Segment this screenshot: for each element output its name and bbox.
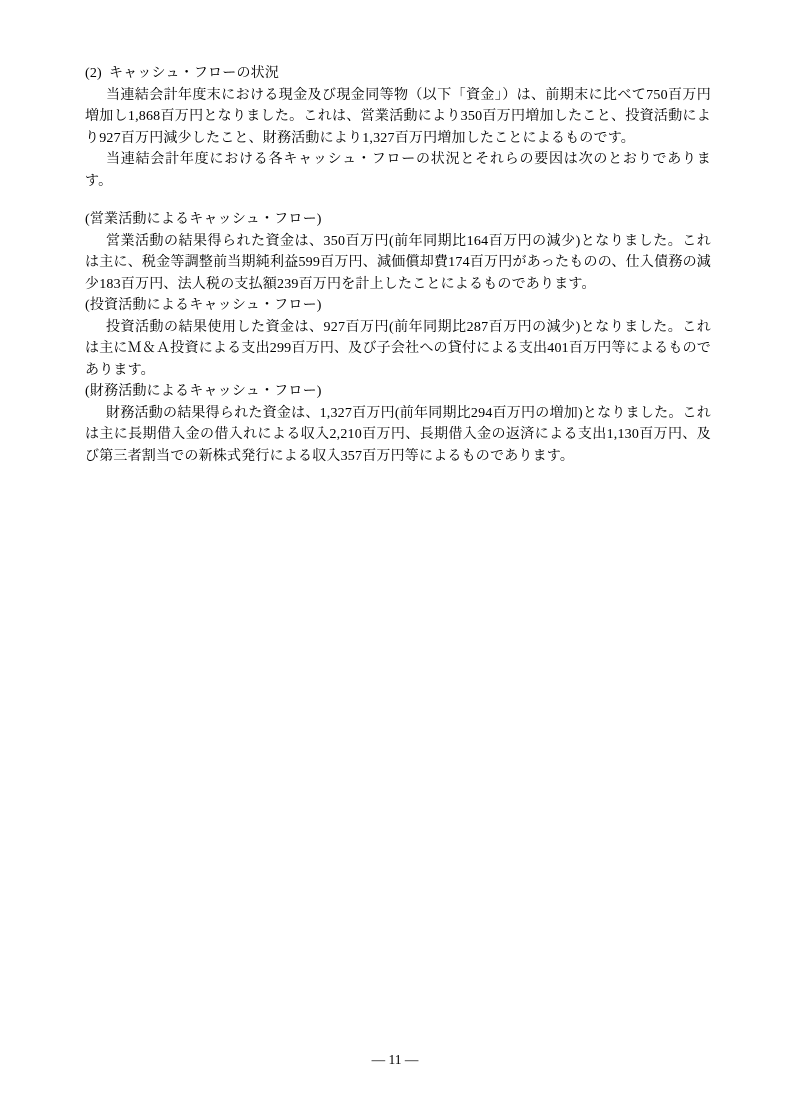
subsection-body-investing: 投資活動の結果使用した資金は、927百万円(前年同期比287百万円の減少)となり… [85,317,711,382]
section-heading: (2)キャッシュ・フローの状況 [85,63,711,85]
subsection-heading-investing: (投資活動によるキャッシュ・フロー) [85,295,711,317]
subsection-financing-cash-flow: (財務活動によるキャッシュ・フロー) 財務活動の結果得られた資金は、1,327百… [85,381,711,467]
cash-flow-subsections: (営業活動によるキャッシュ・フロー) 営業活動の結果得られた資金は、350百万円… [85,209,711,467]
intro-paragraph-summary: 当連結会計年度末における現金及び現金同等物（以下「資金」）は、前期末に比べて75… [85,85,711,150]
cash-flow-section: (2)キャッシュ・フローの状況 当連結会計年度末における現金及び現金同等物（以下… [85,63,711,467]
document-page: (2)キャッシュ・フローの状況 当連結会計年度末における現金及び現金同等物（以下… [0,0,790,1118]
subsection-investing-cash-flow: (投資活動によるキャッシュ・フロー) 投資活動の結果使用した資金は、927百万円… [85,295,711,381]
subsection-body-financing: 財務活動の結果得られた資金は、1,327百万円(前年同期比294百万円の増加)と… [85,403,711,468]
page-footer: ― 11 ― [0,1052,790,1068]
subsection-operating-cash-flow: (営業活動によるキャッシュ・フロー) 営業活動の結果得られた資金は、350百万円… [85,209,711,295]
page-number: ― 11 ― [372,1052,419,1067]
section-number: (2) [85,66,102,81]
subsection-body-operating: 営業活動の結果得られた資金は、350百万円(前年同期比164百万円の減少)となり… [85,231,711,296]
intro-paragraph-lead-in: 当連結会計年度における各キャッシュ・フローの状況とそれらの要因は次のとおりであり… [85,149,711,192]
subsection-heading-operating: (営業活動によるキャッシュ・フロー) [85,209,711,231]
subsection-heading-financing: (財務活動によるキャッシュ・フロー) [85,381,711,403]
section-title: キャッシュ・フローの状況 [109,66,279,81]
